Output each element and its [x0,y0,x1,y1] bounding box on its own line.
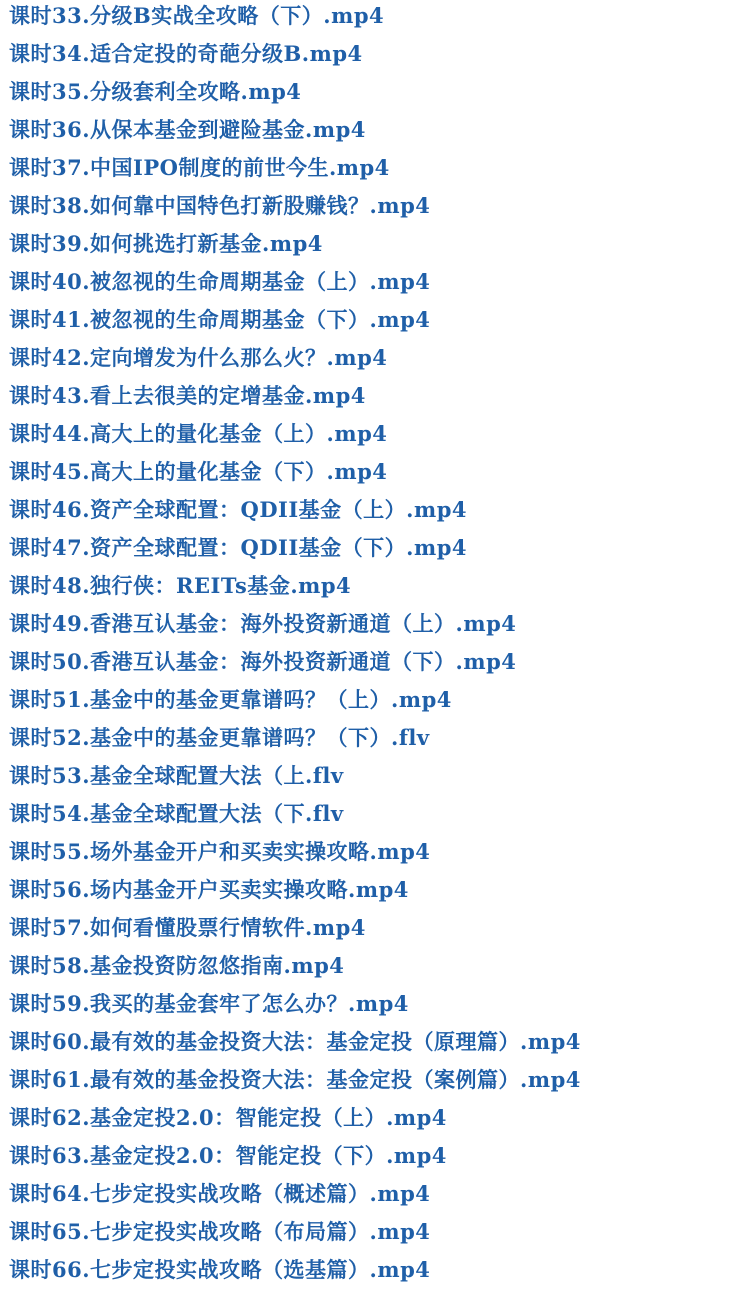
file-list-item[interactable]: 课时66.七步定投实战攻略（选基篇）.mp4 [9,1251,581,1268]
file-list-item[interactable]: 课时47.资产全球配置：QDII基金（下）.mp4 [9,529,581,567]
file-list-item[interactable]: 课时41.被忽视的生命周期基金（下）.mp4 [9,301,581,339]
file-list-item[interactable]: 课时33.分级B实战全攻略（下）.mp4 [9,0,581,35]
file-list: 课时33.分级B实战全攻略（下）.mp4课时34.适合定投的奇葩分级B.mp4课… [9,0,581,1268]
file-list-item[interactable]: 课时48.独行侠：REITs基金.mp4 [9,567,581,605]
file-list-item[interactable]: 课时59.我买的基金套牢了怎么办？.mp4 [9,985,581,1023]
file-list-item[interactable]: 课时52.基金中的基金更靠谱吗？（下）.flv [9,719,581,757]
file-list-item[interactable]: 课时37.中国IPO制度的前世今生.mp4 [9,149,581,187]
file-list-item[interactable]: 课时61.最有效的基金投资大法：基金定投（案例篇）.mp4 [9,1061,581,1099]
file-list-item[interactable]: 课时55.场外基金开户和买卖实操攻略.mp4 [9,833,581,871]
file-list-item[interactable]: 课时34.适合定投的奇葩分级B.mp4 [9,35,581,73]
file-list-item[interactable]: 课时63.基金定投2.0：智能定投（下）.mp4 [9,1137,581,1175]
file-list-item[interactable]: 课时53.基金全球配置大法（上.flv [9,757,581,795]
file-list-item[interactable]: 课时44.高大上的量化基金（上）.mp4 [9,415,581,453]
file-list-item[interactable]: 课时64.七步定投实战攻略（概述篇）.mp4 [9,1175,581,1213]
file-list-item[interactable]: 课时51.基金中的基金更靠谱吗？（上）.mp4 [9,681,581,719]
file-list-item[interactable]: 课时42.定向增发为什么那么火？.mp4 [9,339,581,377]
file-list-item[interactable]: 课时57.如何看懂股票行情软件.mp4 [9,909,581,947]
file-list-item[interactable]: 课时54.基金全球配置大法（下.flv [9,795,581,833]
file-list-item[interactable]: 课时62.基金定投2.0：智能定投（上）.mp4 [9,1099,581,1137]
file-list-item[interactable]: 课时50.香港互认基金：海外投资新通道（下）.mp4 [9,643,581,681]
file-list-item[interactable]: 课时43.看上去很美的定增基金.mp4 [9,377,581,415]
file-list-item[interactable]: 课时46.资产全球配置：QDII基金（上）.mp4 [9,491,581,529]
file-list-item[interactable]: 课时58.基金投资防忽悠指南.mp4 [9,947,581,985]
file-list-item[interactable]: 课时39.如何挑选打新基金.mp4 [9,225,581,263]
file-list-item[interactable]: 课时49.香港互认基金：海外投资新通道（上）.mp4 [9,605,581,643]
file-list-item[interactable]: 课时36.从保本基金到避险基金.mp4 [9,111,581,149]
file-list-item[interactable]: 课时56.场内基金开户买卖实操攻略.mp4 [9,871,581,909]
file-list-item[interactable]: 课时35.分级套利全攻略.mp4 [9,73,581,111]
file-list-item[interactable]: 课时60.最有效的基金投资大法：基金定投（原理篇）.mp4 [9,1023,581,1061]
file-list-item[interactable]: 课时45.高大上的量化基金（下）.mp4 [9,453,581,491]
file-list-item[interactable]: 课时40.被忽视的生命周期基金（上）.mp4 [9,263,581,301]
file-list-item[interactable]: 课时38.如何靠中国特色打新股赚钱？.mp4 [9,187,581,225]
file-list-item[interactable]: 课时65.七步定投实战攻略（布局篇）.mp4 [9,1213,581,1251]
